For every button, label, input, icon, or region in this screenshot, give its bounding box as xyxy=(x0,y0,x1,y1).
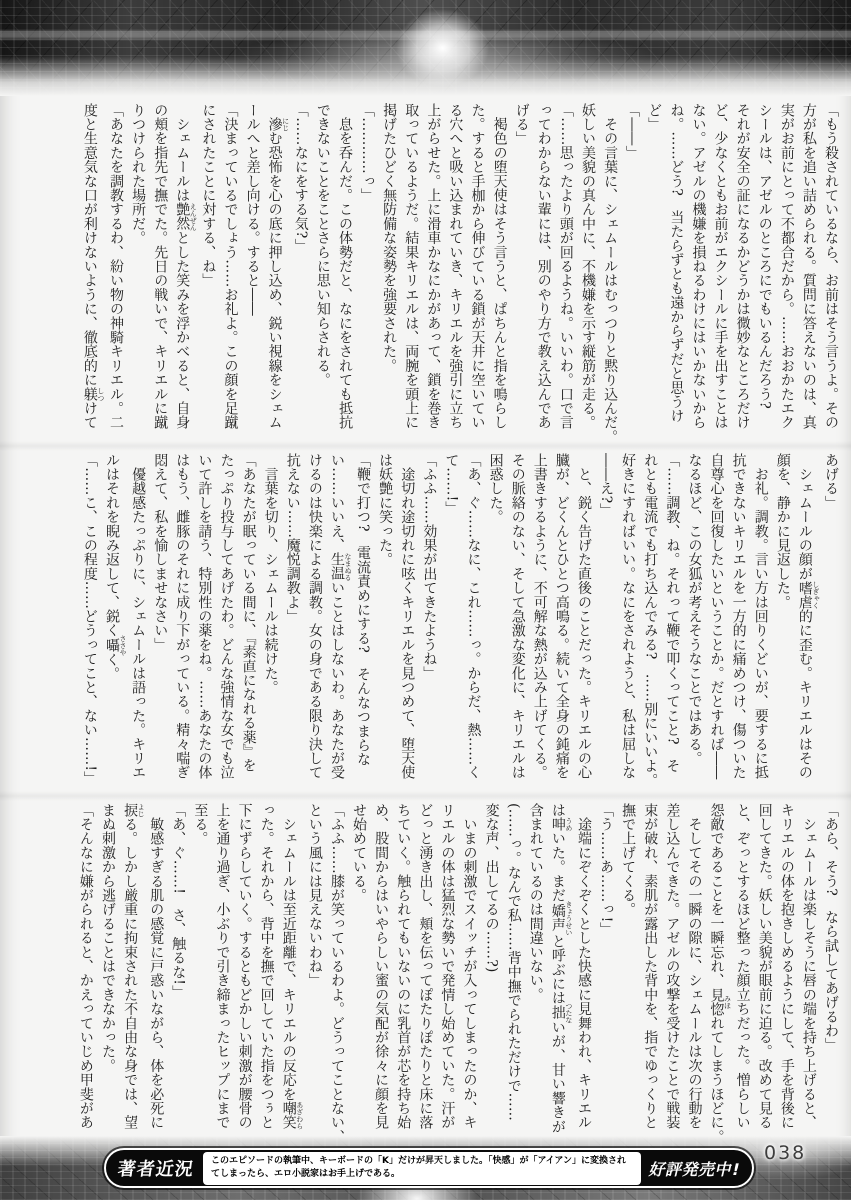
text-line: 「……こ、この程度……どうってこと、ない……!」 xyxy=(79,453,101,799)
text-line: (……っ。なんで私……背中撫でられただけで…… xyxy=(503,803,525,1149)
text-line: あげる」 xyxy=(820,453,842,799)
text-line: 褐色の堕天使はそう言うと、ぱちんと指を鳴らし xyxy=(489,103,511,449)
text-line: 含まれているのは間違いない。 xyxy=(525,803,547,1149)
text-line: お礼。調教。言い方は回りくどいが、要するに抵 xyxy=(750,453,772,799)
text-line: 上書きするように、不可解な熱が込み上げてくる。 xyxy=(529,453,551,799)
text-line: と、ぞっとするほど整った顔立ちだった。憎らしい xyxy=(732,803,754,1149)
text-line: と、鋭く告げた直後のことだった。キリエルの心 xyxy=(573,453,595,799)
scan-streak xyxy=(0,791,851,801)
text-line: る穴へと吸い込まれていき、キリエルを強引に立ち xyxy=(444,103,466,449)
author-status-label: 著者近況 xyxy=(116,1155,195,1181)
text-line: 「――」 xyxy=(621,103,643,449)
text-line: シールは、アゼルのところにでもいるんだろう? xyxy=(754,103,776,449)
text-line: 「……思ったより頭が回るようね。いいわ。口で言 xyxy=(555,103,577,449)
text-line: た。すると手枷から伸びている鎖が天井に空いてい xyxy=(466,103,488,449)
text-line: 顔を、静かに見返した。 xyxy=(772,453,794,799)
text-band-1: 「もう殺されているなら、お前はそう言うよ。その方が私を追い詰められる。質問に答え… xyxy=(79,103,842,449)
text-line: げる」 xyxy=(511,103,533,449)
text-line: 方が私を追い詰められる。質問に答えないのは、真 xyxy=(798,103,820,449)
text-line: シェムールは楽しそうに唇の端を持ち上げると、 xyxy=(798,803,820,1149)
text-line: 途端にぞくぞくとした快感に見舞われ、キリエル xyxy=(573,803,595,1149)
text-line: 滲にじむ恐怖を心の底に押し込め、鋭い視線をシェム xyxy=(264,103,290,449)
text-line: 言葉を切り、シェムールは続けた。 xyxy=(260,453,282,799)
text-line: せ始めている。 xyxy=(348,803,370,1149)
text-line: 抗えない……魔悦調教よ」 xyxy=(282,453,304,799)
text-line: れとも電流でも打ち込んでみる? ……別にいいよ。 xyxy=(639,453,661,799)
text-line: 途切れ途切れに呟くキリエルを見つめて、堕天使 xyxy=(396,453,418,799)
text-line: 下にずらしていく。するともどかしい刺激が腰骨の xyxy=(233,803,255,1149)
text-line: にされたことに対する、ね」 xyxy=(197,103,219,449)
text-line: い……いいえ、生温なまぬるいことはしないわ。あなたが受 xyxy=(326,453,352,799)
text-line: できないことをことさらに思い知らされる。 xyxy=(312,103,334,449)
text-line: 抗できないキリエルを一方的に痛めつけ、傷ついた xyxy=(728,453,750,799)
text-line: 妖しい美貌の真ん中に、不機嫌を示す縦筋が走る。 xyxy=(577,103,599,449)
text-line: ルはそれを睨み返して、鋭く囁ささやく。 xyxy=(101,453,127,799)
text-line: キリエルの体を抱きしめるようにして、手を背後に xyxy=(776,803,798,1149)
book-page: 「もう殺されているなら、お前はそう言うよ。その方が私を追い詰められる。質問に答え… xyxy=(0,0,851,1200)
page-number: 038 xyxy=(764,1142,806,1164)
text-line: まぬ刺激から逃げることはできなかった。 xyxy=(97,803,119,1149)
text-line: りつけられた場所だ。 xyxy=(127,103,149,449)
author-note: このエピソードの執筆中、キーボードの「K」だけが昇天しました。「快感」が「アイア… xyxy=(203,1152,641,1185)
text-line: なるほど、この女狐が考えそうなことではある。 xyxy=(683,453,705,799)
text-line: 上を通り過ぎ、小ぶりで引き締まったヒップにまで xyxy=(211,803,233,1149)
text-line: ない。アゼルの機嫌を損ねるわけにはいかないから xyxy=(687,103,709,449)
text-line: は妖艶に笑った。 xyxy=(374,453,396,799)
text-band-2: あげる」 シェムールの顔が嗜虐しぎゃく的に歪む。キリエルはその顔を、静かに見返し… xyxy=(79,453,842,799)
text-line: 悶えて、私を愉しませなさい」 xyxy=(149,453,171,799)
text-line: 敏感すぎる肌の感覚に戸惑いながら、体を必死に xyxy=(145,803,167,1149)
on-sale-badge: 好評発売中! xyxy=(647,1157,743,1180)
text-line: 「あら、そう? なら試してあげるわ」 xyxy=(820,803,842,1149)
text-line: ど」 xyxy=(643,103,665,449)
text-line: そしてその一瞬の隙に、シェムールは次の行動を xyxy=(683,803,705,1149)
text-line: という風には見えないわね」 xyxy=(304,803,326,1149)
text-line: 「ふふ……効果が出てきたようね」 xyxy=(418,453,440,799)
text-line: った。それから、背中を撫で回していた指をつぅと xyxy=(256,803,278,1149)
circuit-artwork-top xyxy=(0,0,851,96)
text-line: その脈絡のない、そして急激な変化に、キリエルは xyxy=(507,453,529,799)
text-line: 回してきた。妖しい美貌が眼前に迫る。改めて見る xyxy=(754,803,776,1149)
text-line: 上がらせた。上に滑車かなにかがあって、鎖を巻き xyxy=(422,103,444,449)
text-line: いて許しを請う、特別性の薬をね。……あなたの体 xyxy=(193,453,215,799)
text-line: 「…………っ」 xyxy=(356,103,378,449)
text-line: ね。……どう? 当たらずとも遠からずだと思うけ xyxy=(665,103,687,449)
text-line: リエルの体は猛烈な勢いで発情し始めていた。汗が xyxy=(436,803,458,1149)
text-line: ってわからない輩には、別のやり方で教え込んであ xyxy=(533,103,555,449)
text-line: 臓が、どくんとひとつ高鳴る。続いて全身の鈍痛を xyxy=(551,453,573,799)
text-line: 取っているようだ。結果キリエルは、両腕を頭上に xyxy=(400,103,422,449)
text-line: 困惑した。 xyxy=(485,453,507,799)
text-line: それが安全の証になるかどうかは微妙なところだけ xyxy=(732,103,754,449)
text-line: どっと湧き出し、頬を伝ってぽたりぽたりと床に落 xyxy=(414,803,436,1149)
text-line: ど、少なくともお前がエクシールに手を出すことは xyxy=(709,103,731,449)
text-band-3: 「あら、そう? なら試してあげるわ」 シェムールは楽しそうに唇の端を持ち上げると… xyxy=(75,803,842,1149)
text-line: 好きにすればいい。なにをされようと、私は屈しな xyxy=(617,453,639,799)
text-line: め、股間からはいやらしい蜜の気配が徐々に顔を見 xyxy=(370,803,392,1149)
text-line: 撫で上げてくる。 xyxy=(617,803,639,1149)
text-line: 「ふふ……膝が笑っているわよ。どうってことない、 xyxy=(326,803,348,1149)
text-line: けるのは快楽による調教。女の身である限り決して xyxy=(304,453,326,799)
text-line: 「あなたを調教するわ、紛い物の神騎キリエル。二 xyxy=(105,103,127,449)
text-line: 自尊心を回復したいということか。だとすれば―― xyxy=(705,453,727,799)
text-line: 差し込んできた。アゼルの攻撃を受けたことで戦装 xyxy=(661,803,683,1149)
text-line: 「決まっているでしょう……お礼よ。この顔を足蹴 xyxy=(219,103,241,449)
scan-streak xyxy=(0,441,851,451)
text-line: 「もう殺されているなら、お前はそう言うよ。その xyxy=(820,103,842,449)
text-line: の頬を指先で撫でた。先日の戦いで、キリエルに蹴 xyxy=(149,103,171,449)
text-line: 捩よじる。しかし厳重に拘束された不自由な身では、望 xyxy=(119,803,145,1149)
text-line: 「あなたが眠っている間に、『素直になれる薬』を xyxy=(237,453,259,799)
text-line: 「あ、ぐ……なに、これ……っ。からだ、熱……く xyxy=(462,453,484,799)
text-line: 息を呑んだ。この体勢だと、なにをされても抵抗 xyxy=(334,103,356,449)
text-line: 至る。 xyxy=(189,803,211,1149)
text-line: 怨敵であることを一瞬忘れ、見惚みほれてしまうほどに。 xyxy=(705,803,731,1149)
text-line: 優越感たっぷりに、シェムールは語った。キリエ xyxy=(127,453,149,799)
text-line: 「鞭で打つ? 電流責めにする? そんなつまらな xyxy=(352,453,374,799)
text-line: 変な声、出してるの……?) xyxy=(481,803,503,1149)
text-line: いまの刺激でスイッチが入ってしまったのか、キ xyxy=(458,803,480,1149)
text-line: はもう、雌豚のそれに成り下がっている。精々喘ぎ xyxy=(171,453,193,799)
text-line: 束が破れ、素肌が露出した背中を、指でゆっくりと xyxy=(639,803,661,1149)
text-line: 「あ、ぐ……! さ、触るな!」 xyxy=(167,803,189,1149)
text-line: 「う……あ……っ!」 xyxy=(595,803,617,1149)
text-line: 度と生意気な口が利けないように、徹底的に躾しつけて xyxy=(79,103,105,449)
text-line: 実がお前にとって不都合だから。……おおかたエク xyxy=(776,103,798,449)
text-line: シェムールの顔が嗜虐しぎゃく的に歪む。キリエルはその xyxy=(794,453,820,799)
text-line: て……!」 xyxy=(440,453,462,799)
text-line: ――え?」 xyxy=(595,453,617,799)
text-line: ールへと差し向ける。すると―― xyxy=(241,103,263,449)
text-line: シェムールは至近距離で、キリエルの反応を嘲笑あざわら xyxy=(278,803,304,1149)
text-line: 「……調教、ね。それって鞭で叩くってこと? そ xyxy=(661,453,683,799)
text-line: 「そんなに嫌がられると、かえっていじめ甲斐があ xyxy=(75,803,97,1149)
text-line: ちていく。触られてもいないのに乳首が芯を持ち始 xyxy=(392,803,414,1149)
text-line: は呻うめいた。まだ嬌声きょうせいと呼ぶには拙つたないが、甘い響きが xyxy=(547,803,573,1149)
text-line: たっぷり投与してあげたわ。どんな強情な女でも泣 xyxy=(215,453,237,799)
text-line: 掲げたひどく無防備な姿勢を強要された。 xyxy=(378,103,400,449)
text-line: その言葉に、シェムールはむっつりと黙り込んだ。 xyxy=(599,103,621,449)
text-line: シェムールは艶然えんぜんとした笑みを浮かべると、自身 xyxy=(171,103,197,449)
text-line: 「……なにをする気?」 xyxy=(290,103,312,449)
author-status-bar: 著者近況 このエピソードの執筆中、キーボードの「K」だけが昇天しました。「快感」… xyxy=(104,1148,754,1188)
